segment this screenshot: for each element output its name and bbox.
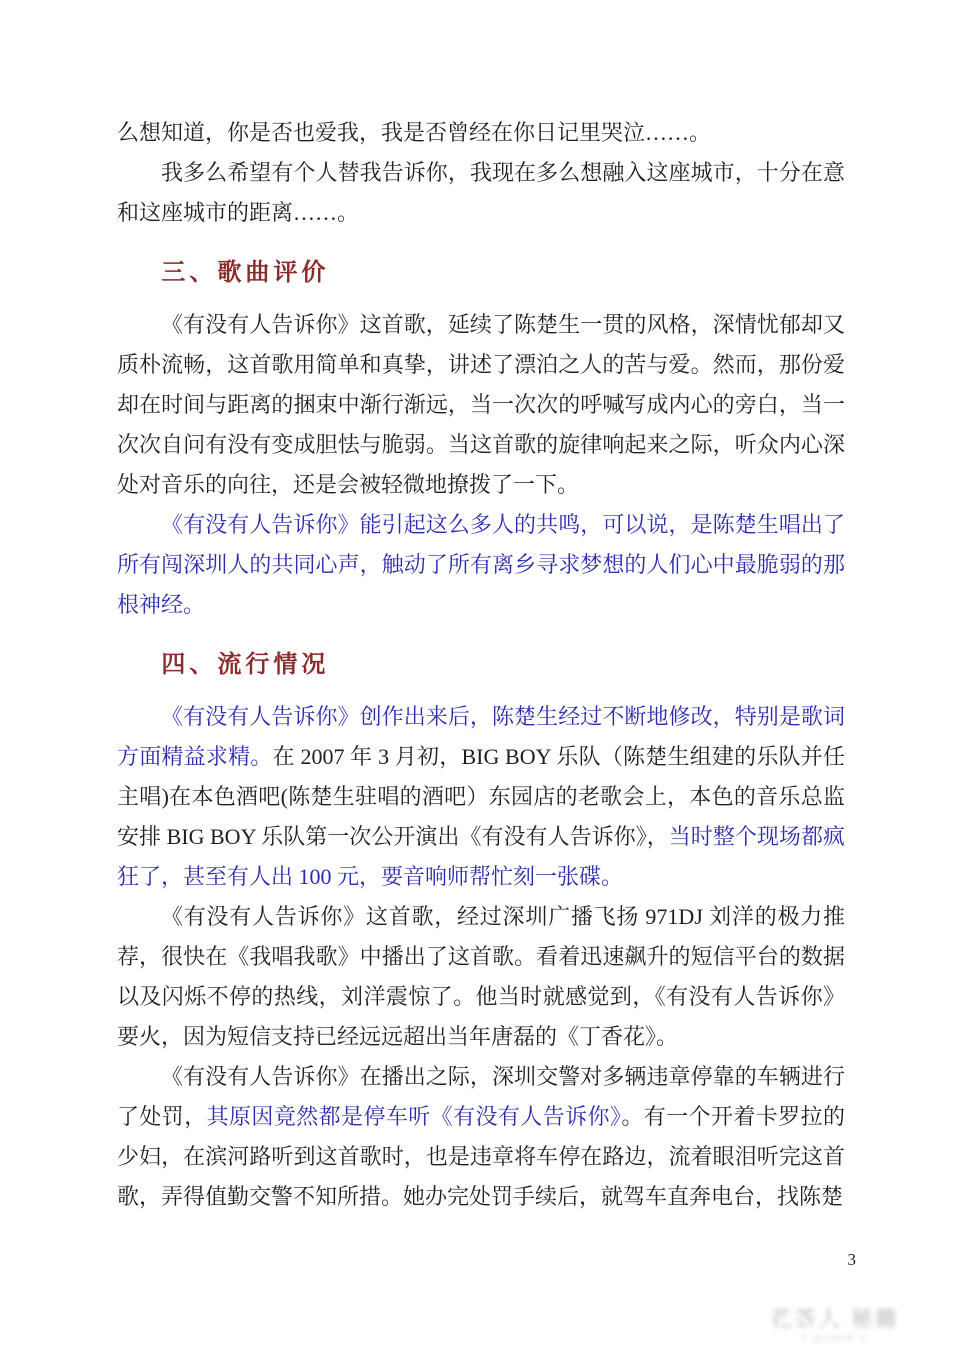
paragraph-mixed: 《有没有人告诉你》创作出来后，陈楚生经过不断地修改，特别是歌词方面精益求精。在 …: [117, 697, 845, 897]
paragraph: 我多么希望有个人替我告诉你，我现在多么想融入这座城市，十分在意和这座城市的距离……: [117, 153, 845, 233]
document-body: 么想知道，你是否也爱我，我是否曾经在你日记里哭泣……。 我多么希望有个人替我告诉…: [117, 113, 845, 1217]
paragraph: 《有没有人告诉你》这首歌，延续了陈楚生一贯的风格，深情忧郁却又质朴流畅，这首歌用…: [117, 305, 845, 505]
watermark: 花茶人 秘籍 A QHHHK C: [760, 1308, 910, 1344]
watermark-ring-icon: [778, 1314, 810, 1346]
emphasis-text: 其原因竟然都是停车听《有没有人告诉你》: [207, 1104, 622, 1129]
page-number: 3: [848, 1250, 857, 1270]
paragraph-emphasis: 《有没有人告诉你》能引起这么多人的共鸣，可以说，是陈楚生唱出了所有闯深圳人的共同…: [117, 505, 845, 625]
watermark-ring-icon: [822, 1320, 848, 1346]
paragraph: 《有没有人告诉你》这首歌，经过深圳广播飞扬 971DJ 刘洋的极力推荐，很快在《…: [117, 897, 845, 1057]
section-heading-4: 四、流行情况: [117, 645, 845, 685]
document-page: 么想知道，你是否也爱我，我是否曾经在你日记里哭泣……。 我多么希望有个人替我告诉…: [0, 0, 960, 1358]
section-heading-3: 三、歌曲评价: [117, 253, 845, 293]
paragraph-mixed: 《有没有人告诉你》在播出之际，深圳交警对多辆违章停靠的车辆进行了处罚，其原因竟然…: [117, 1057, 845, 1217]
paragraph-continuation: 么想知道，你是否也爱我，我是否曾经在你日记里哭泣……。: [117, 113, 845, 153]
